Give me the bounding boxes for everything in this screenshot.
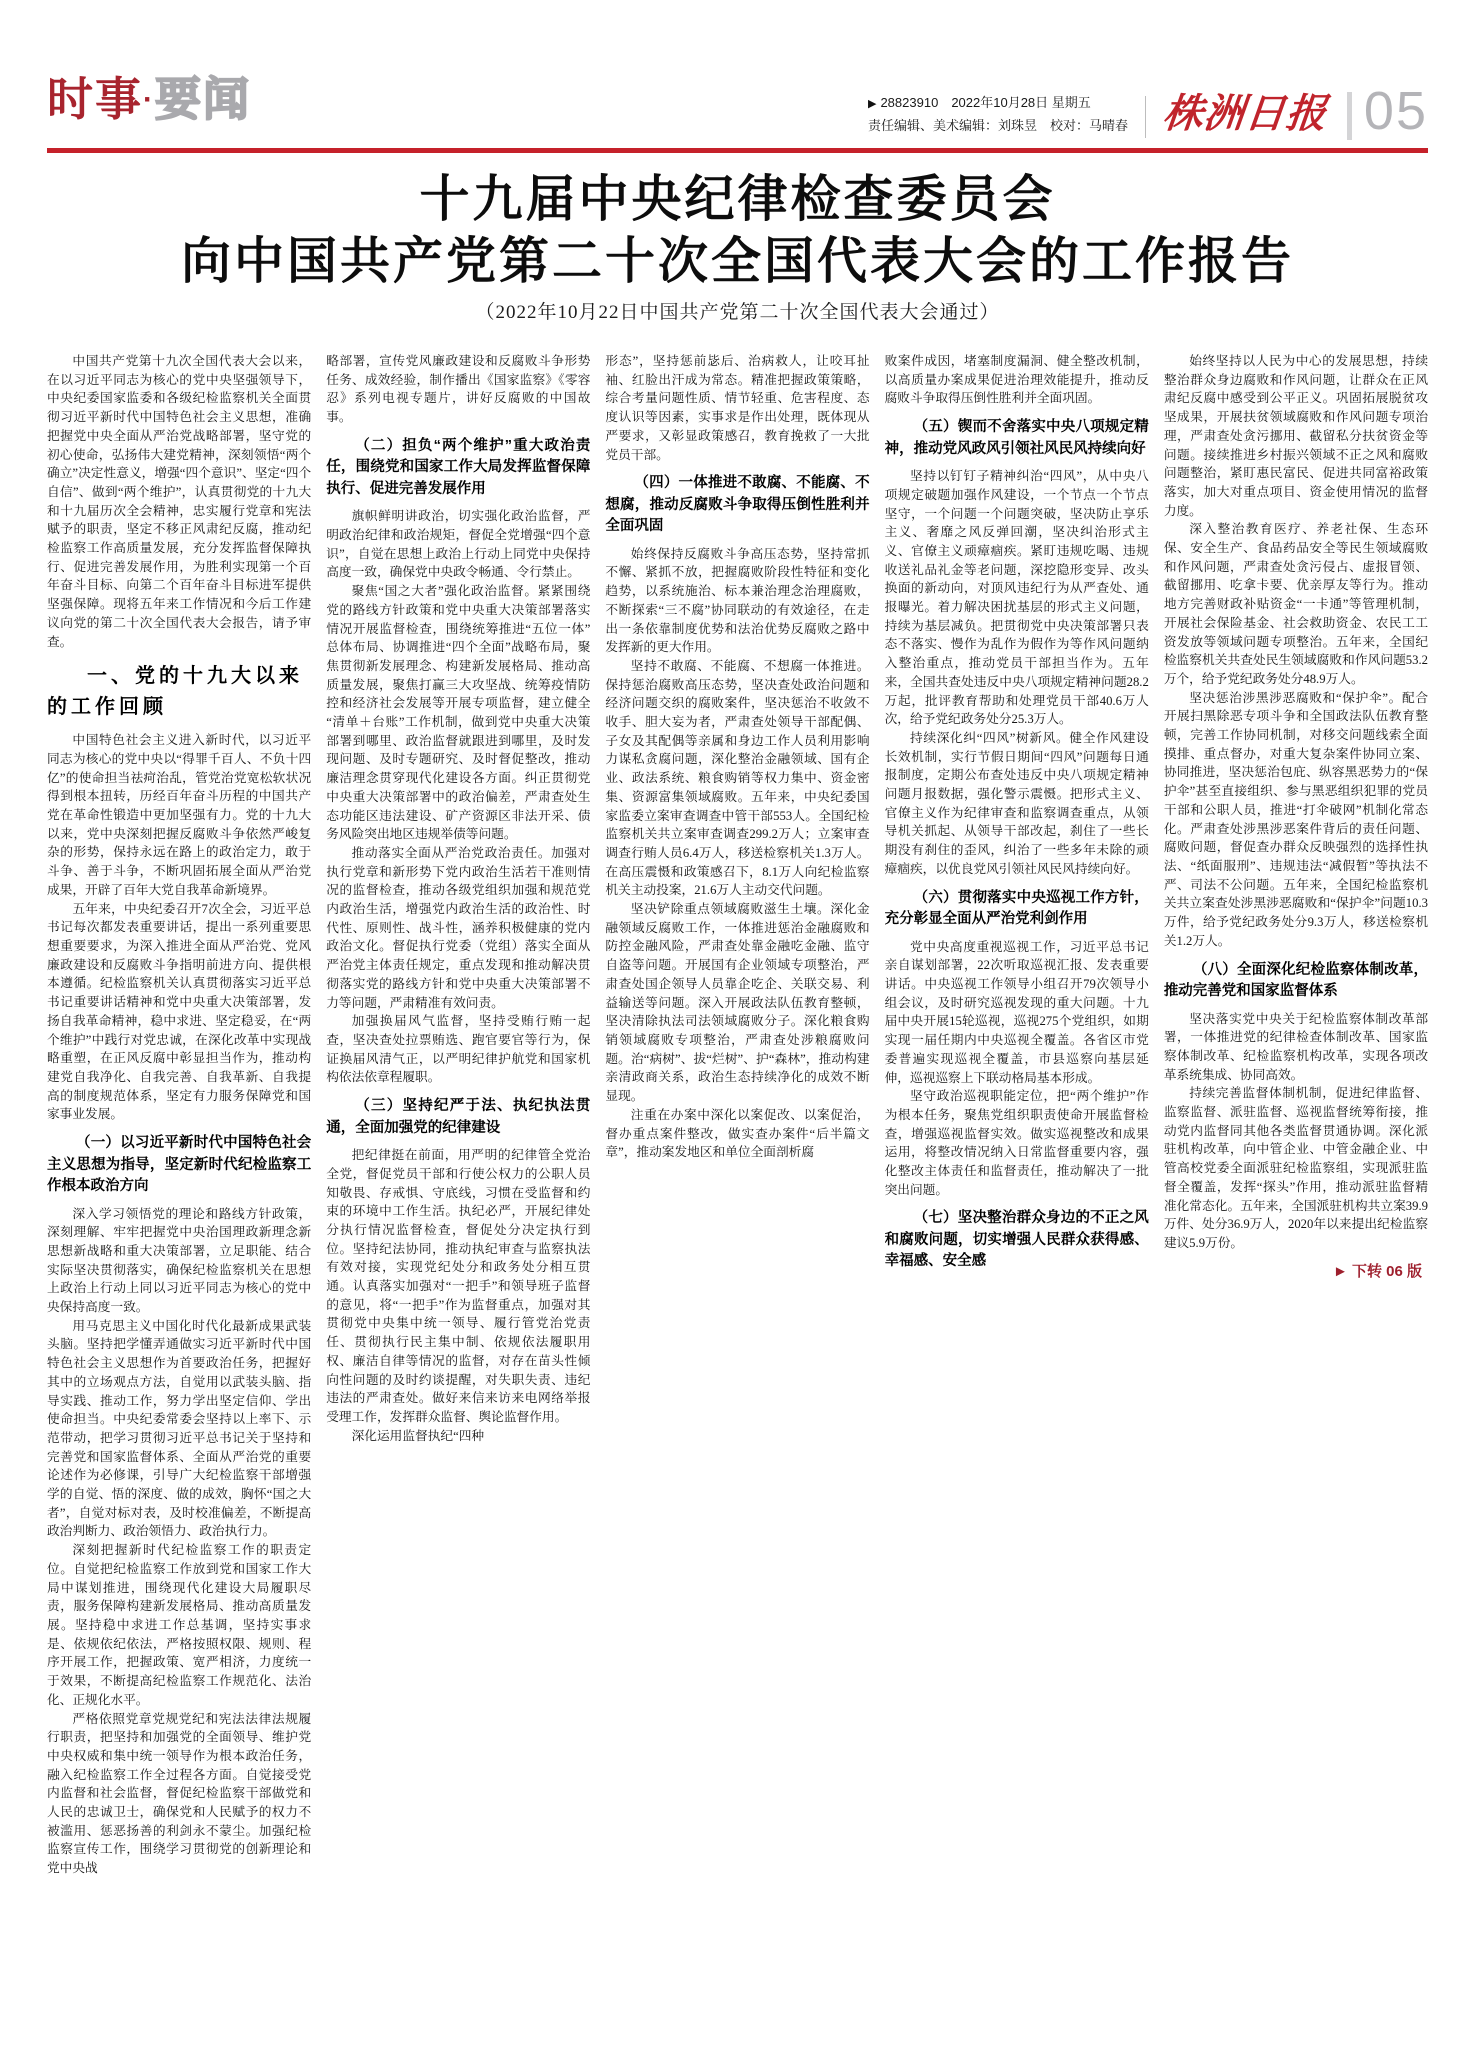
body-paragraph: 中国特色社会主义进入新时代，以习近平同志为核心的党中央以“得罪千百人、不负十四亿…	[47, 731, 311, 899]
subsection-heading: （四）一体推进不敢腐、不能腐、不想腐，推动反腐败斗争取得压倒性胜利并全面巩固	[605, 473, 869, 538]
text-column: 中国共产党第十九次全国代表大会以来，在以习近平同志为核心的党中央坚强领导下，中央…	[47, 352, 311, 2030]
body-columns: 中国共产党第十九次全国代表大会以来，在以习近平同志为核心的党中央坚强领导下，中央…	[47, 352, 1428, 2030]
body-paragraph: 推动落实全面从严治党政治责任。加强对执行党章和新形势下党内政治生活若干准则情况的…	[326, 844, 590, 1012]
text-column: 略部署，宣传党风廉政建设和反腐败斗争形势任务、成效经验，制作播出《国家监察》《零…	[326, 352, 590, 2030]
article-title-block: 十九届中央纪律检查委员会 向中国共产党第二十次全国代表大会的工作报告 （2022…	[47, 168, 1428, 326]
body-paragraph: 坚守政治巡视职能定位，把“两个维护”作为根本任务，聚焦党组织职责使命开展监督检查…	[885, 1087, 1149, 1199]
section-brand: 时事·要闻	[47, 76, 251, 123]
body-paragraph: 败案件成因，堵塞制度漏洞、健全整改机制，以高质量办案成果促进治理效能提升，推动反…	[885, 352, 1149, 408]
page-header: 时事·要闻 ▶28823910 2022年10月28日 星期五 责任编辑、美术编…	[47, 0, 1428, 160]
body-paragraph: 持续深化纠“四风”树新风。健全作风建设长效机制，实行节假日期间“四风”问题每日通…	[885, 729, 1149, 879]
text-column: 败案件成因，堵塞制度漏洞、健全整改机制，以高质量办案成果促进治理效能提升，推动反…	[885, 352, 1149, 2030]
continued-marker: ► 下转 06 版	[1164, 1263, 1428, 1282]
issue-arrow-icon: ▶	[868, 98, 876, 110]
header-divider	[1145, 96, 1146, 138]
body-paragraph: 略部署，宣传党风廉政建设和反腐败斗争形势任务、成效经验，制作播出《国家监察》《零…	[326, 352, 590, 427]
issue-number: 28823910	[880, 95, 938, 110]
body-paragraph: 持续完善监督体制机制，促进纪律监督、监察监督、派驻监督、巡视监督统筹衔接，推动党…	[1164, 1084, 1428, 1252]
body-paragraph: 坚决铲除重点领域腐败滋生土壤。深化金融领域反腐败工作，一体推进惩治金融腐败和防控…	[605, 900, 869, 1106]
header-rule	[47, 148, 1428, 153]
text-column: 始终坚持以人民为中心的发展思想，持续整治群众身边腐败和作风问题，让群众在正风肃纪…	[1164, 352, 1428, 2030]
body-paragraph: 形态”，坚持惩前毖后、治病救人，让咬耳扯袖、红脸出汗成为常态。精准把握政策策略，…	[605, 352, 869, 464]
body-paragraph: 严格依照党章党规党纪和宪法法律法规履行职责，把坚持和加强党的全面领导、维护党中央…	[47, 1710, 311, 1878]
body-paragraph: 把纪律挺在前面，用严明的纪律管全党治全党，督促党员干部和行使公权力的公职人员知敬…	[326, 1146, 590, 1427]
newspaper-page: 时事·要闻 ▶28823910 2022年10月28日 星期五 责任编辑、美术编…	[0, 0, 1475, 2064]
editors-line: 责任编辑、美术编辑：刘珠昱 校对：马晴春	[868, 115, 1128, 136]
body-paragraph: 党中央高度重视巡视工作，习近平总书记亲自谋划部署，22次听取巡视汇报、发表重要讲…	[885, 938, 1149, 1088]
body-paragraph: 深刻把握新时代纪检监察工作的职责定位。自觉把纪检监察工作放到党和国家工作大局中谋…	[47, 1541, 311, 1709]
header-meta: ▶28823910 2022年10月28日 星期五 责任编辑、美术编辑：刘珠昱 …	[868, 92, 1128, 136]
publish-date: 2022年10月28日 星期五	[951, 95, 1090, 110]
newspaper-logo: 株洲日报	[1151, 88, 1338, 140]
brand-main: 时事	[47, 73, 143, 125]
article-subtitle: （2022年10月22日中国共产党第二十次全国代表大会通过）	[47, 300, 1428, 326]
body-paragraph: 深入学习领悟党的理论和路线方针政策，深刻理解、牢牢把握党中央治国理政新理念新思想…	[47, 1205, 311, 1317]
page-number: 05	[1364, 84, 1428, 138]
subsection-heading: （五）锲而不舍落实中央八项规定精神，推动党风政风引领社风民风持续向好	[885, 417, 1149, 460]
body-paragraph: 坚持不敢腐、不能腐、不想腐一体推进。保持惩治腐败高压态势，坚决查处政治问题和经济…	[605, 657, 869, 900]
article-title-line2: 向中国共产党第二十次全国代表大会的工作报告	[47, 230, 1428, 292]
pageno-divider	[1347, 92, 1352, 140]
text-column: 形态”，坚持惩前毖后、治病救人，让咬耳扯袖、红脸出汗成为常态。精准把握政策策略，…	[605, 352, 869, 2030]
subsection-heading: （二）担负“两个维护”重大政治责任，围绕党和国家工作大局发挥监督保障执行、促进完…	[326, 436, 590, 501]
brand-sub: 要闻	[155, 73, 251, 125]
subsection-heading: （六）贯彻落实中央巡视工作方针，充分彰显全面从严治党利剑作用	[885, 888, 1149, 931]
body-paragraph: 深化运用监督执纪“四种	[326, 1427, 590, 1446]
body-paragraph: 旗帜鲜明讲政治，切实强化政治监督，严明政治纪律和政治规矩，督促全党增强“四个意识…	[326, 507, 590, 582]
body-paragraph: 始终保持反腐败斗争高压态势，坚持常抓不懈、紧抓不放，把握腐败阶段性特征和变化趋势…	[605, 545, 869, 657]
body-paragraph: 中国共产党第十九次全国代表大会以来，在以习近平同志为核心的党中央坚强领导下，中央…	[47, 352, 311, 651]
body-paragraph: 坚持以钉钉子精神纠治“四风”，从中央八项规定破题加强作风建设，一个节点一个节点坚…	[885, 467, 1149, 729]
subsection-heading: （三）坚持纪严于法、执纪执法贯通，全面加强党的纪律建设	[326, 1096, 590, 1139]
subsection-heading: （八）全面深化纪检监察体制改革，推动完善党和国家监督体系	[1164, 960, 1428, 1003]
brand-dot-icon: ·	[143, 83, 155, 116]
section-heading: 一、党的十九大以来的工作回顾	[47, 661, 311, 723]
article-title-line1: 十九届中央纪律检查委员会	[47, 168, 1428, 230]
subsection-heading: （一）以习近平新时代中国特色社会主义思想为指导，坚定新时代纪检监察工作根本政治方…	[47, 1133, 311, 1198]
body-paragraph: 加强换届风气监督，坚持受贿行贿一起查，坚决查处拉票贿选、跑官要官等行为，保证换届…	[326, 1012, 590, 1087]
body-paragraph: 始终坚持以人民为中心的发展思想，持续整治群众身边腐败和作风问题，让群众在正风肃纪…	[1164, 352, 1428, 520]
body-paragraph: 聚焦“国之大者”强化政治监督。紧紧围绕党的路线方针政策和党中央重大决策部署落实情…	[326, 582, 590, 844]
body-paragraph: 坚决落实党中央关于纪检监察体制改革部署，一体推进党的纪律检查体制改革、国家监察体…	[1164, 1010, 1428, 1085]
body-paragraph: 用马克思主义中国化时代化最新成果武装头脑。坚持把学懂弄通做实习近平新时代中国特色…	[47, 1317, 311, 1541]
issue-date-line: ▶28823910 2022年10月28日 星期五	[868, 92, 1128, 115]
body-paragraph: 注重在办案中深化以案促改、以案促治，督办重点案件整改，做实查办案件“后半篇文章”…	[605, 1106, 869, 1162]
body-paragraph: 五年来，中央纪委召开7次全会，习近平总书记每次都发表重要讲话，提出一系列重要思想…	[47, 900, 311, 1124]
subsection-heading: （七）坚决整治群众身边的不正之风和腐败问题，切实增强人民群众获得感、幸福感、安全…	[885, 1208, 1149, 1273]
body-paragraph: 坚决惩治涉黑涉恶腐败和“保护伞”。配合开展扫黑除恶专项斗争和全国政法队伍教育整顿…	[1164, 689, 1428, 951]
body-paragraph: 深入整治教育医疗、养老社保、生态环保、安全生产、食品药品安全等民生领域腐败和作风…	[1164, 520, 1428, 688]
